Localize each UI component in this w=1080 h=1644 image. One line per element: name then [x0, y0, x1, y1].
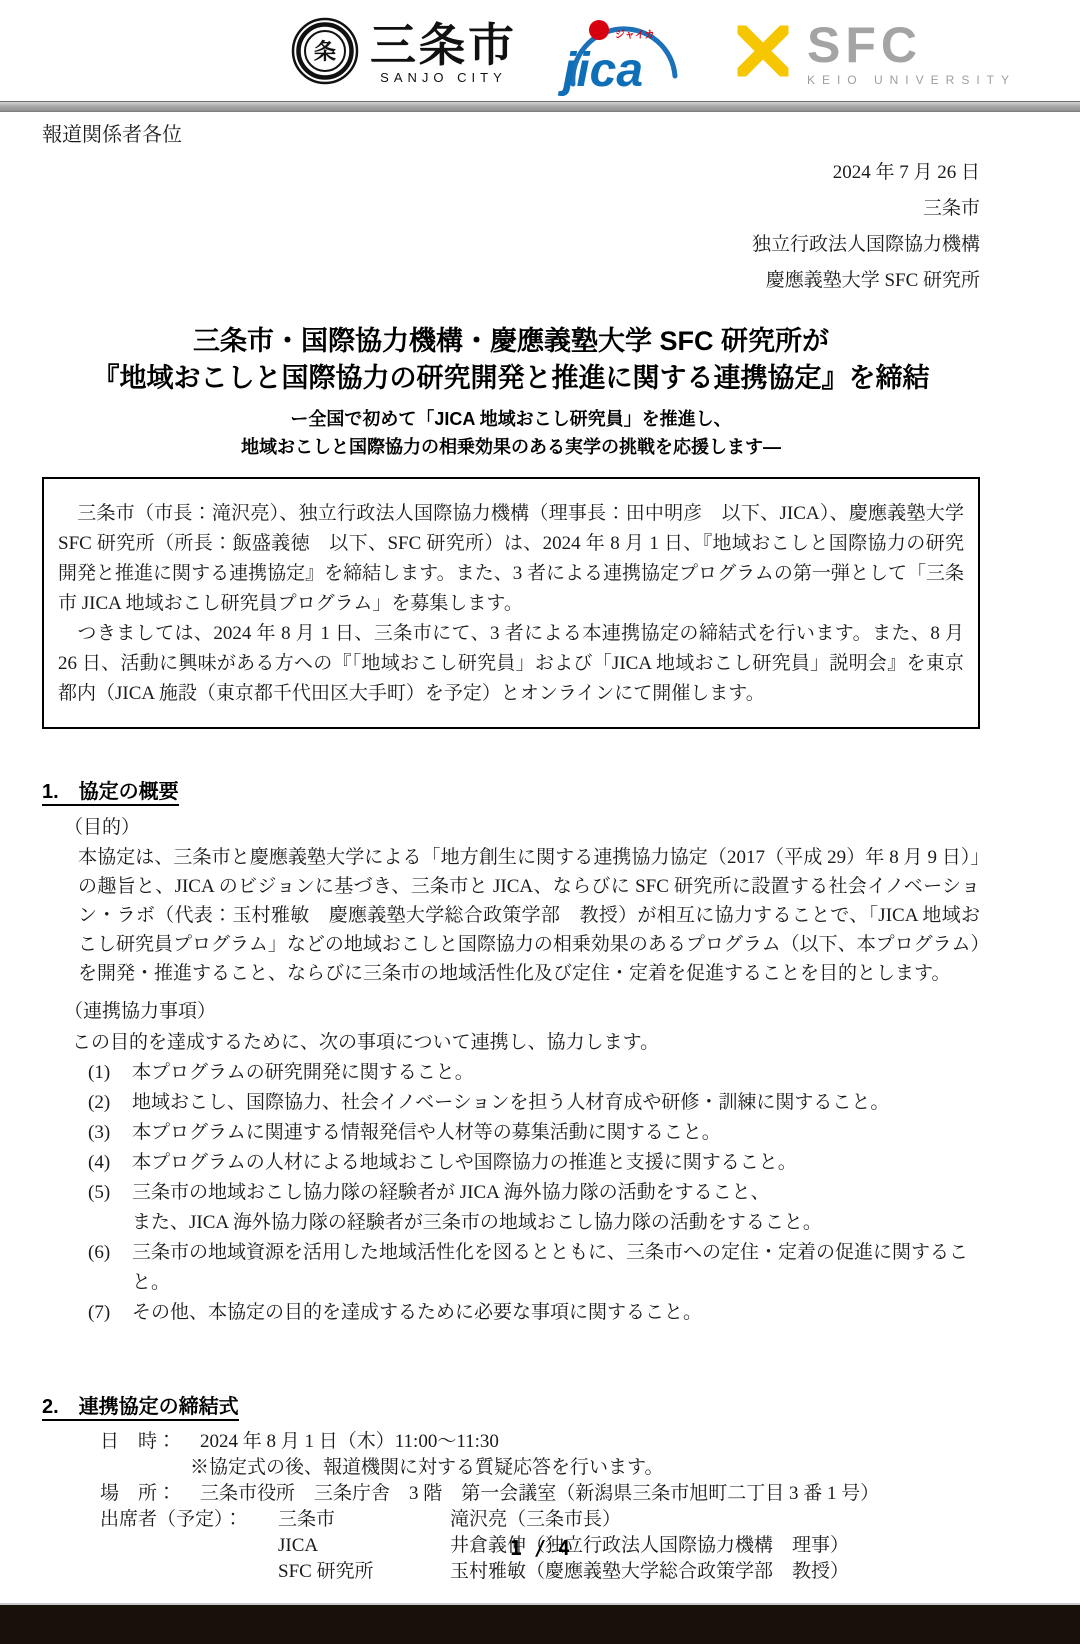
sender-jica: 独立行政法人国際協力機構	[42, 227, 980, 263]
subtitle: ー全国で初めて「JICA 地域おこし研究員」を推進し、 地域おこしと国際協力の相…	[42, 405, 980, 461]
attendee-person: 玉村雅敏（慶應義塾大学総合政策学部 教授）	[450, 1559, 980, 1585]
release-date: 2024 年 7 月 26 日	[42, 155, 980, 191]
main-title: 三条市・国際協力機構・慶應義塾大学 SFC 研究所が 『地域おこしと国際協力の研…	[42, 323, 980, 397]
summary-paragraph-1: 三条市（市長：滝沢亮）、独立行政法人国際協力機構（理事長：田中明彦 以下、JIC…	[58, 499, 964, 619]
page-number: 1 / 4	[0, 1536, 1080, 1560]
sanjo-city-name-en: SANJO CITY	[380, 71, 507, 84]
main-title-line2: 『地域おこしと国際協力の研究開発と推進に関する連携協定』を締結	[42, 360, 980, 397]
place-value: 三条市役所 三条庁舎 3 階 第一会議室（新潟県三条市旭町二丁目 3 番 1 号…	[200, 1481, 980, 1507]
press-release-page: 条 三条市 SANJO CITY ジャイカ jica	[0, 0, 1080, 1644]
sender-sanjo: 三条市	[42, 191, 980, 227]
list-item: (6) 三条市の地域資源を活用した地域活性化を図るとともに、三条市への定住・定着…	[88, 1238, 980, 1298]
sender-block: 2024 年 7 月 26 日 三条市 独立行政法人国際協力機構 慶應義塾大学 …	[42, 155, 980, 299]
cooperation-intro: この目的を達成するために、次の事項について連携し、協力します。	[72, 1027, 980, 1054]
sender-sfc: 慶應義塾大学 SFC 研究所	[42, 263, 980, 299]
list-item: (7) その他、本協定の目的を達成するために必要な事項に関すること。	[88, 1298, 980, 1328]
attendee-org: SFC 研究所	[278, 1559, 450, 1585]
attendee-person: 滝沢亮（三条市長）	[450, 1507, 980, 1533]
list-item: (5) 三条市の地域おこし協力隊の経験者が JICA 海外協力隊の活動をすること…	[88, 1178, 980, 1238]
main-title-line1: 三条市・国際協力機構・慶應義塾大学 SFC 研究所が	[42, 323, 980, 360]
logo-header: 条 三条市 SANJO CITY ジャイカ jica	[0, 10, 1016, 96]
attendees-label: 出席者（予定）：	[100, 1507, 278, 1533]
sfc-keio-logo: SFC KEIO UNIVERSITY	[727, 15, 1016, 92]
cooperation-items-list: (1) 本プログラムの研究開発に関すること。 (2) 地域おこし、国際協力、社会…	[88, 1058, 980, 1328]
datetime-note: ※協定式の後、報道機関に対する質疑応答を行います。	[190, 1455, 980, 1481]
attendee-org: 三条市	[278, 1507, 450, 1533]
cooperation-label: （連携協力事項）	[64, 996, 980, 1023]
list-item: (1) 本プログラムの研究開発に関すること。	[88, 1058, 980, 1088]
section-agreement-overview: 1. 協定の概要 （目的） 本協定は、三条市と慶應義塾大学による「地方創生に関す…	[42, 775, 980, 1328]
datetime-row: 日 時： 2024 年 8 月 1 日（木）11:00～11:30	[100, 1429, 980, 1455]
list-item: (4) 本プログラムの人材による地域おこしや国際協力の推進と支援に関すること。	[88, 1148, 980, 1178]
place-row: 場 所： 三条市役所 三条庁舎 3 階 第一会議室（新潟県三条市旭町二丁目 3 …	[100, 1481, 980, 1507]
sanjo-city-emblem-icon: 条	[290, 16, 360, 91]
sfc-wordmark: SFC	[807, 20, 1016, 70]
sanjo-emblem-character: 条	[314, 39, 336, 64]
subtitle-line2: 地域おこしと国際協力の相乗効果のある実学の挑戦を応援します―	[42, 433, 980, 461]
section2-heading: 2. 連携協定の締結式	[42, 1390, 980, 1419]
datetime-value: 2024 年 8 月 1 日（木）11:00～11:30	[200, 1429, 980, 1455]
attendees-label-spacer	[100, 1559, 278, 1585]
datetime-label: 日 時：	[100, 1429, 200, 1455]
place-label: 場 所：	[100, 1481, 200, 1507]
jica-logo-icon: ジャイカ jica	[543, 10, 701, 96]
section1-heading: 1. 協定の概要	[42, 775, 980, 804]
jica-wordmark: jica	[557, 44, 643, 96]
sanjo-city-name-ja: 三条市	[370, 22, 517, 68]
keio-university-label: KEIO UNIVERSITY	[807, 74, 1016, 86]
sanjo-city-logo: 条 三条市 SANJO CITY	[290, 16, 517, 91]
header-divider-bar	[0, 101, 1080, 112]
list-item: (2) 地域おこし、国際協力、社会イノベーションを担う人材育成や研修・訓練に関す…	[88, 1088, 980, 1118]
summary-paragraph-2: つきましては、2024 年 8 月 1 日、三条市にて、3 者による本連携協定の…	[58, 619, 964, 709]
list-item: (3) 本プログラムに関連する情報発信や人材等の募集活動に関すること。	[88, 1118, 980, 1148]
bottom-taskbar	[0, 1603, 1080, 1644]
jica-kana-label: ジャイカ	[615, 29, 655, 41]
purpose-text: 本協定は、三条市と慶應義塾大学による「地方創生に関する連携協力協定（2017（平…	[78, 843, 980, 988]
subtitle-line1: ー全国で初めて「JICA 地域おこし研究員」を推進し、	[42, 405, 980, 433]
summary-box: 三条市（市長：滝沢亮）、独立行政法人国際協力機構（理事長：田中明彦 以下、JIC…	[42, 477, 980, 729]
sfc-cross-pens-icon	[727, 15, 799, 92]
ceremony-details: 日 時： 2024 年 8 月 1 日（木）11:00～11:30 ※協定式の後…	[100, 1429, 980, 1585]
jica-logo: ジャイカ jica	[543, 10, 701, 96]
purpose-label: （目的）	[64, 812, 980, 839]
recipient-line: 報道関係者各位	[42, 118, 980, 147]
document-body: 報道関係者各位 2024 年 7 月 26 日 三条市 独立行政法人国際協力機構…	[0, 112, 1080, 1585]
